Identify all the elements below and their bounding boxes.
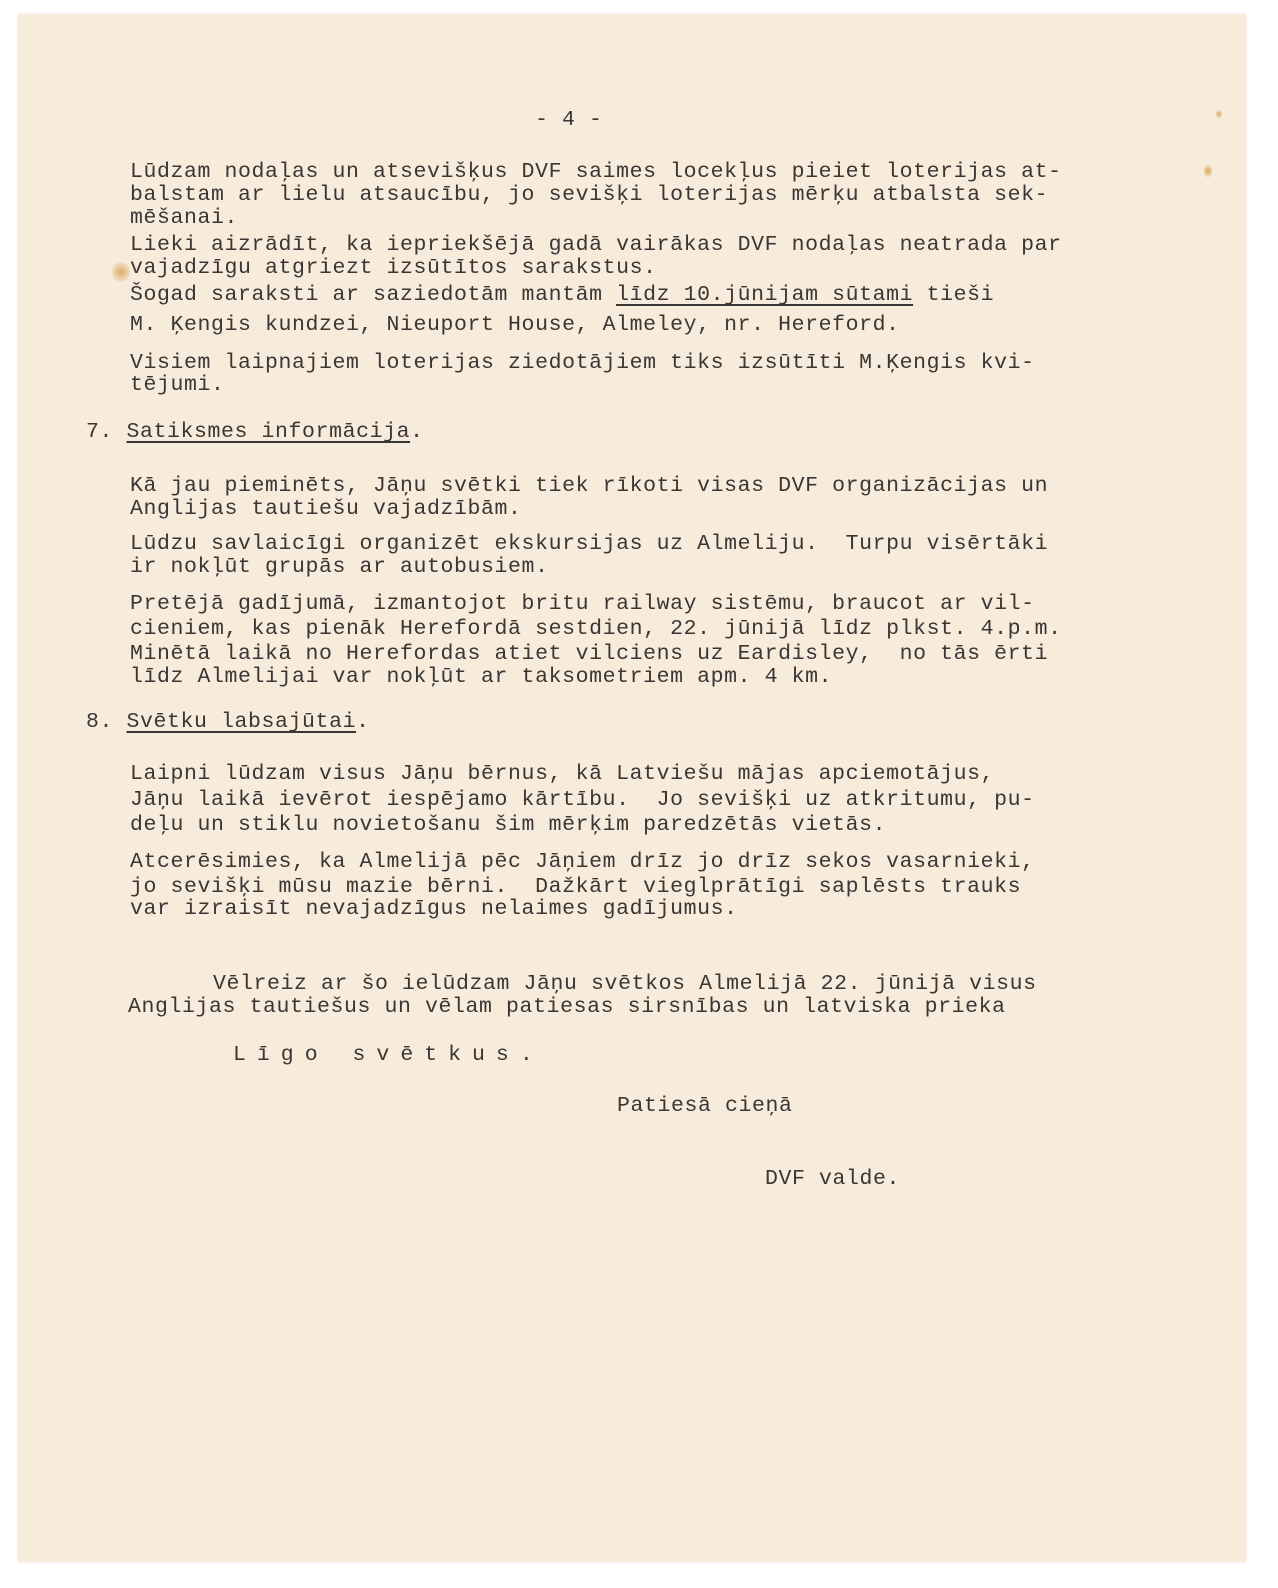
text-line: balstam ar lielu atsaucību, jo sevišķi l… — [130, 183, 1048, 207]
heading-period: . — [356, 710, 370, 734]
section-heading: 8. Svētku labsajūtai. — [86, 710, 370, 734]
text-line: Visiem laipnajiem loterijas ziedotājiem … — [130, 351, 1035, 375]
text-segment: Šogad saraksti ar saziedotām mantām — [130, 283, 616, 307]
text-line: vajadzīgu atgriezt izsūtītos sarakstus. — [130, 256, 657, 280]
text-line: Anglijas tautiešus un vēlam patiesas sir… — [128, 995, 1006, 1019]
text-line: mēšanai. — [130, 206, 238, 230]
text-line: Lūdzu savlaicīgi organizēt ekskursijas u… — [130, 532, 1048, 556]
section-title: Svētku labsajūtai — [127, 710, 357, 734]
stain-mark — [1216, 109, 1222, 119]
text-line: cieniem, kas pienāk Herefordā sestdien, … — [130, 617, 1062, 641]
heading-period: . — [410, 420, 424, 444]
section-number: 8. — [86, 710, 113, 734]
text-line: Kā jau pieminēts, Jāņu svētki tiek rīkot… — [130, 474, 1048, 498]
page-number: - 4 - — [535, 108, 603, 132]
closing-regards: Patiesā cieņā — [617, 1094, 793, 1118]
text-line: deļu un stiklu novietošanu šim mērķim pa… — [130, 813, 886, 837]
text-segment: tieši — [913, 283, 994, 307]
text-line: M. Ķengis kundzei, Nieuport House, Almel… — [130, 313, 900, 337]
text-line: jo sevišķi mūsu mazie bērni. Dažkārt vie… — [130, 875, 1021, 899]
text-line: Lūdzam nodaļas un atsevišķus DVF saimes … — [130, 160, 1062, 184]
stain-mark — [112, 262, 130, 282]
text-line: Minētā laikā no Herefordas atiet vilcien… — [130, 642, 1048, 666]
section-title: Satiksmes informācija — [127, 420, 411, 444]
text-line: Šogad saraksti ar saziedotām mantām līdz… — [130, 283, 994, 307]
section-heading: 7. Satiksmes informācija. — [86, 420, 424, 444]
signature: DVF valde. — [765, 1167, 900, 1191]
text-line: Anglijas tautiešu vajadzībām. — [130, 497, 522, 521]
festive-greeting: Līgo svētkus. — [233, 1043, 544, 1067]
section-number: 7. — [86, 420, 113, 444]
text-line: var izraisīt nevajadzīgus nelaimes gadīj… — [130, 897, 738, 921]
stain-mark — [1204, 164, 1212, 178]
text-line: tējumi. — [130, 373, 225, 397]
text-line: Vēlreiz ar šo ielūdzam Jāņu svētkos Alme… — [213, 972, 1037, 996]
text-line: Jāņu laikā ievērot iespējamo kārtību. Jo… — [130, 788, 1035, 812]
underlined-deadline: līdz 10.jūnijam sūtami — [616, 283, 913, 307]
text-line: Atcerēsimies, ka Almelijā pēc Jāņiem drī… — [130, 850, 1035, 874]
text-line: līdz Almelijai var nokļūt ar taksometrie… — [130, 665, 832, 689]
text-line: Laipni lūdzam visus Jāņu bērnus, kā Latv… — [130, 762, 994, 786]
text-line: Pretējā gadījumā, izmantojot britu railw… — [130, 592, 1035, 616]
text-line: ir nokļūt grupās ar autobusiem. — [130, 555, 549, 579]
text-line: Lieki aizrādīt, ka iepriekšējā gadā vair… — [130, 233, 1062, 257]
